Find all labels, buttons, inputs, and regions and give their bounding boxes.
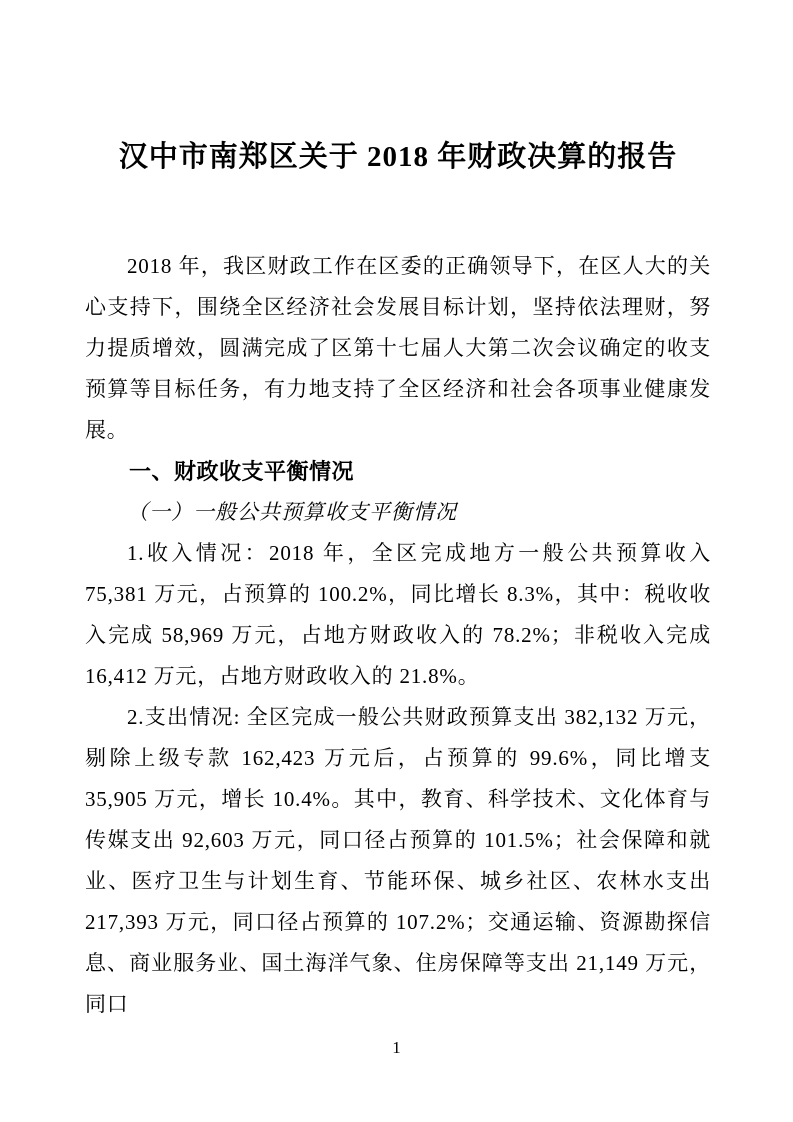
expenditure-paragraph: 2.支出情况: 全区完成一般公共财政预算支出 382,132 万元，剔除上级专款…: [85, 697, 711, 1025]
document-title: 汉中市南郑区关于 2018 年财政决算的报告: [85, 135, 711, 180]
document-content: 汉中市南郑区关于 2018 年财政决算的报告 2018 年，我区财政工作在区委的…: [0, 0, 793, 1025]
intro-paragraph: 2018 年，我区财政工作在区委的正确领导下，在区人大的关心支持下，围绕全区经济…: [85, 246, 711, 451]
page-number: 1: [0, 1038, 793, 1058]
document-page: 汉中市南郑区关于 2018 年财政决算的报告 2018 年，我区财政工作在区委的…: [0, 0, 793, 1122]
income-paragraph: 1.收入情况：2018 年，全区完成地方一般公共预算收入 75,381 万元，占…: [85, 533, 711, 697]
section-heading-fiscal-balance: 一、财政收支平衡情况: [85, 451, 711, 492]
subsection-heading-general-public-budget: （一）一般公共预算收支平衡情况: [85, 492, 711, 533]
